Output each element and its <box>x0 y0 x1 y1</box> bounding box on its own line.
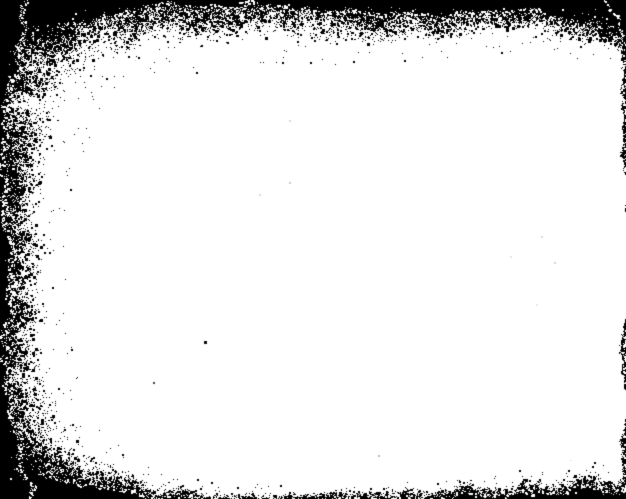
grunge-border-texture-canvas <box>0 0 626 499</box>
grunge-frame-image <box>0 0 626 499</box>
